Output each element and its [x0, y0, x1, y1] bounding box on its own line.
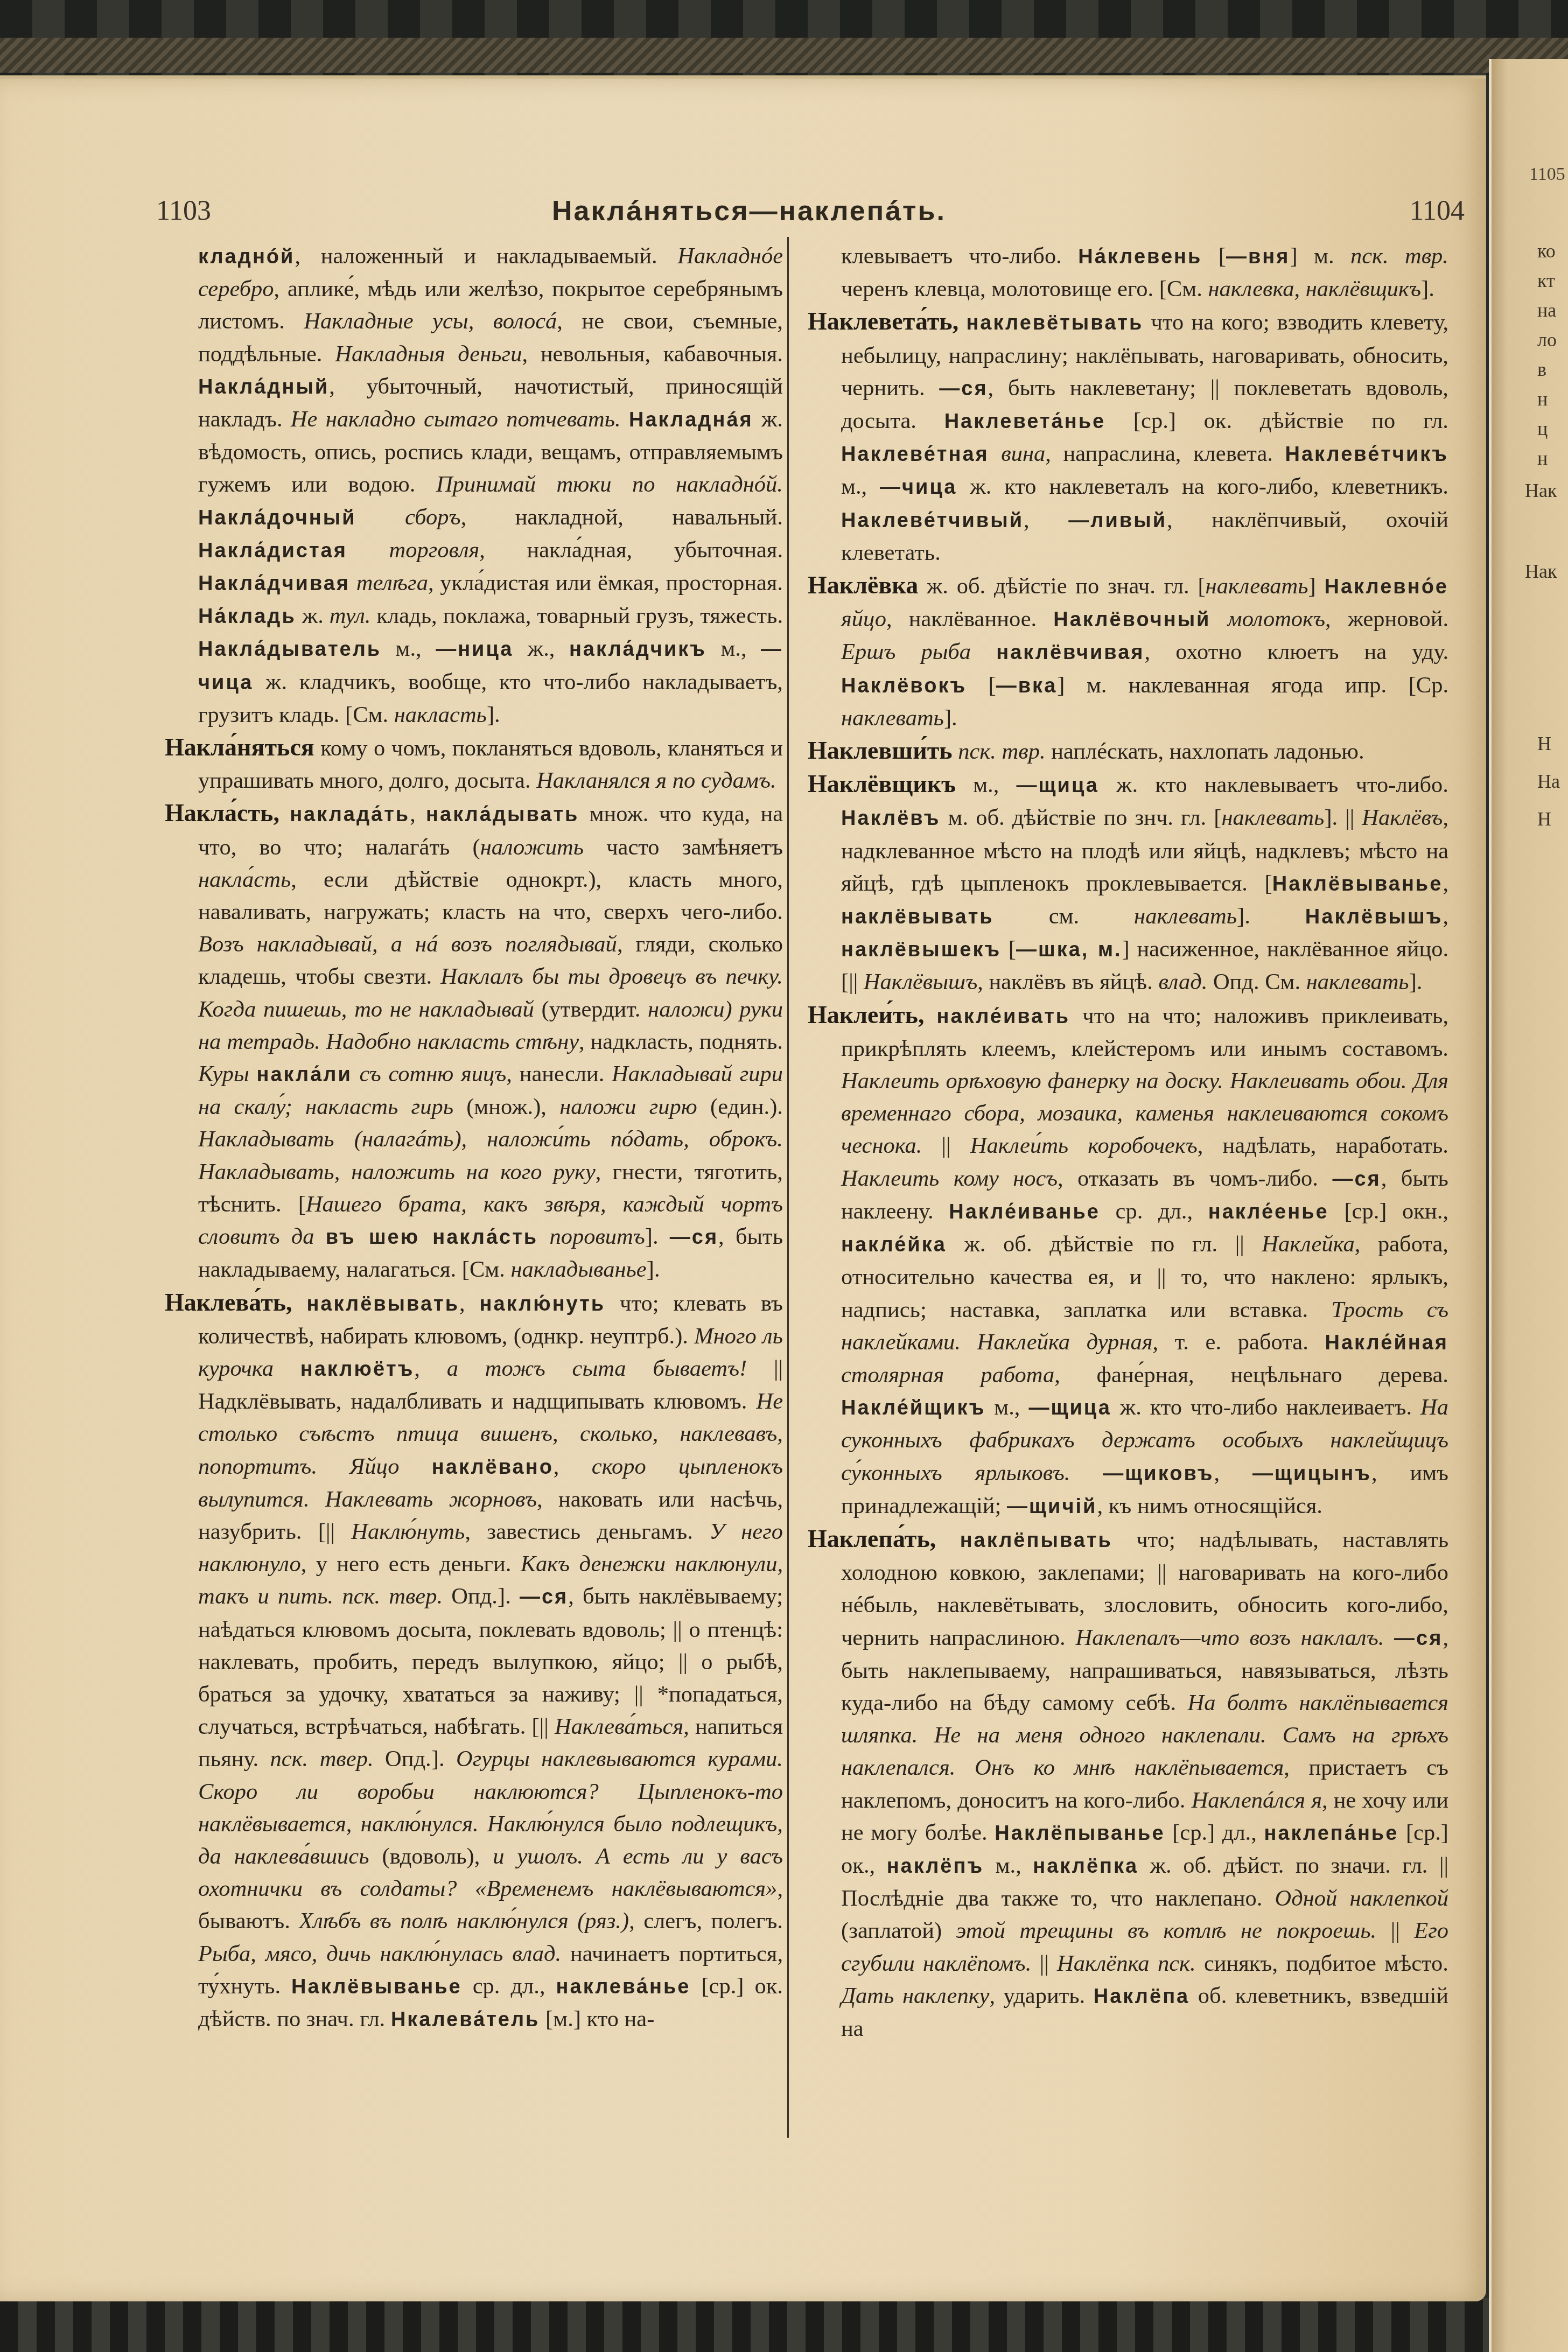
entry-text: , слегъ, полегъ.: [629, 1908, 783, 1934]
entry-text: м.,: [956, 772, 1017, 797]
bold-term: кладнóй: [198, 246, 295, 268]
dictionary-entry: Накла́сть, наклада́ть, накла́дывать множ…: [165, 797, 783, 1286]
entry-text: [м.] кто на-: [540, 2006, 654, 2032]
italic-example: Рыба, мясо, дичь наклю́нулась: [198, 1941, 503, 1966]
entry-text: ].: [487, 702, 500, 727]
entry-text: , нанесли.: [506, 1061, 612, 1087]
bold-term: Наклевета́нье: [944, 410, 1106, 433]
entry-text: ||: [1376, 1918, 1414, 1943]
entry-text: ж.: [296, 603, 330, 628]
bold-term: наклюётъ: [300, 1358, 415, 1381]
entry-text: ср. дл.,: [1100, 1199, 1208, 1224]
bold-term: наклёвышекъ: [841, 939, 1001, 961]
italic-example: наклевать: [1306, 969, 1409, 995]
entry-text: ] м. наклеванная ягода ипр. [Ср.: [1057, 673, 1448, 698]
italic-example: Наклейка: [1262, 1231, 1354, 1257]
bold-term: —щичій: [1007, 1495, 1097, 1518]
italic-example: пск. твер.: [270, 1746, 374, 1772]
entry-text: ж. кто что-либо наклеиваетъ.: [1111, 1395, 1420, 1420]
entry-text: [292, 1291, 307, 1316]
entry-text: ].: [1237, 904, 1305, 929]
bold-term: наклева́нье: [556, 1976, 691, 1998]
entry-text: [: [1202, 243, 1226, 269]
bold-term: Накле́йщикъ: [841, 1397, 985, 1419]
entry-text: [924, 1003, 936, 1028]
italic-example: пск. твр.: [958, 739, 1045, 764]
italic-example: съ сотню яицъ: [359, 1061, 506, 1087]
entry-text: [352, 1061, 360, 1087]
bold-term: Накла́дыватель: [198, 638, 381, 661]
dictionary-entry: кладнóй, наложенный и накладываемый. Нак…: [165, 240, 783, 731]
column-rule: [787, 237, 789, 2138]
entry-text: , жерновой.: [1325, 606, 1448, 632]
italic-example: Наклю́нуть: [351, 1519, 465, 1544]
bold-term: —щиковъ: [1103, 1462, 1214, 1485]
entry-text: ,: [554, 1454, 592, 1479]
entry-text: ,: [410, 801, 426, 827]
entry-text: ,: [459, 1291, 479, 1316]
italic-example: влад.: [1158, 969, 1207, 995]
bold-term: въ шею накла́сть: [326, 1226, 538, 1249]
entry-text: (утвердит.: [534, 997, 648, 1022]
next-page-fragment: н: [1537, 447, 1548, 470]
entry-headword: Накла́сть,: [165, 799, 279, 827]
entry-text: ]: [1308, 573, 1325, 599]
entry-text: , надкласть, поднять.: [579, 1029, 783, 1054]
entry-headword: Наклепа́ть,: [808, 1525, 936, 1552]
italic-example: Наклёпка: [1057, 1951, 1149, 1976]
entry-text: ].: [647, 1257, 660, 1282]
entry-text: [279, 801, 290, 827]
bold-term: Наклёвышъ: [1305, 906, 1443, 928]
bold-term: накла́ли: [256, 1063, 352, 1086]
dictionary-entry: Наклевета́ть, наклевётывать что на кого;…: [808, 305, 1448, 569]
bold-term: —ся: [670, 1226, 718, 1249]
entry-text: ].: [645, 1224, 670, 1249]
entry-text: , накла́дная, убыточная.: [479, 537, 783, 563]
bold-term: Накла́дистая: [198, 540, 347, 562]
bold-term: наклёпка: [1033, 1855, 1138, 1878]
entry-text: , т. е. работа.: [1152, 1329, 1325, 1355]
entry-text: [538, 1224, 549, 1249]
bold-term: Наклеве́тчивый: [841, 509, 1024, 532]
entry-text: , отказать въ чомъ-либо.: [1058, 1166, 1332, 1191]
italic-example: накла́сть: [198, 867, 291, 892]
entry-text: , завестись деньгамъ.: [465, 1519, 709, 1544]
italic-example: Накладныя деньги: [335, 341, 522, 367]
italic-example: наклевка, наклёвщикъ: [1208, 276, 1421, 302]
bold-term: накле́ивать: [937, 1005, 1070, 1028]
italic-example: телѣга: [356, 570, 428, 596]
bold-term: наклёвывать: [306, 1293, 459, 1315]
bold-term: накле́енье: [1208, 1201, 1329, 1223]
entry-text: [1210, 606, 1227, 632]
entry-text: синякъ, подбитое мѣсто.: [1196, 1951, 1448, 1976]
bold-term: наклевётывать: [966, 312, 1143, 334]
entry-text: [314, 1224, 326, 1249]
entry-text: [: [967, 673, 996, 698]
bold-term: Наклевно́е: [1325, 576, 1449, 598]
italic-example: наклевать: [841, 705, 944, 731]
next-page-fragment: Нак: [1525, 479, 1557, 502]
entry-text: [1384, 1625, 1394, 1650]
bold-term: Накле́йная: [1325, 1332, 1448, 1354]
italic-example: пск. твер.: [342, 1584, 443, 1609]
bold-term: наклепа́нье: [1264, 1822, 1398, 1845]
italic-example: Не накладно сытаго потчевать.: [291, 407, 621, 432]
entry-text: [249, 1061, 257, 1087]
italic-example: Накладные усы, волосá: [304, 309, 557, 334]
next-page-fragment: Н: [1537, 808, 1551, 830]
bold-term: наклю́нуть: [480, 1293, 606, 1315]
running-head: 1103 Наклáняться—наклепáть. 1104: [0, 195, 1486, 238]
italic-example: Куры: [198, 1061, 249, 1087]
bold-term: —ся: [520, 1586, 568, 1608]
bold-term: —щица: [1028, 1397, 1111, 1419]
entry-text: , невольныя, кабавочныя.: [522, 341, 783, 367]
entry-text: , надѣлать, наработать.: [1198, 1133, 1448, 1158]
entry-text: м.,: [706, 636, 761, 661]
italic-example: Наклева́ться: [555, 1714, 683, 1739]
entry-text: ,: [1024, 507, 1068, 533]
entry-text: м. об. дѣйствіе по знч. гл. [: [940, 805, 1221, 830]
next-page-fragment: в: [1537, 358, 1546, 381]
next-page-fragment: на: [1537, 299, 1556, 321]
entry-headword: Накла́няться: [165, 733, 314, 761]
next-page-fragment: кт: [1537, 269, 1555, 292]
bold-term: Накла́дчивая: [198, 572, 350, 595]
bold-term: —ливый: [1068, 509, 1167, 532]
italic-example: влад.: [512, 1941, 561, 1966]
entry-headword: Наклёвщикъ: [808, 770, 956, 797]
bold-term: накла́дывать: [426, 803, 579, 826]
bold-term: —ница: [436, 638, 513, 661]
bold-term: —вня: [1226, 246, 1290, 268]
bold-term: Наклеве́тчикъ: [1285, 443, 1448, 466]
italic-example: наложить: [480, 835, 584, 860]
entry-text: [333, 1584, 342, 1609]
entry-text: [503, 1941, 512, 1966]
entry-text: ,: [1443, 904, 1448, 929]
entry-text: ,: [414, 1356, 446, 1381]
bold-term: Наклеве́тная: [841, 443, 989, 466]
entry-text: клевываетъ что-либо.: [841, 243, 1078, 269]
italic-example: столярная работа: [841, 1362, 1054, 1388]
entry-text: , напраслина, клевета.: [1045, 441, 1285, 466]
entry-text: м.,: [984, 1853, 1033, 1878]
bold-term: Накла́дный: [198, 376, 329, 398]
entry-text: ].: [944, 705, 957, 731]
bold-term: Накле́иванье: [949, 1201, 1100, 1223]
italic-example: Хлѣбъ въ полѣ наклю́нулся (ряз.): [299, 1908, 629, 1934]
bold-term: наклёпывать: [960, 1529, 1112, 1552]
entry-text: [347, 537, 389, 563]
entry-headword: Наклёвка: [808, 571, 918, 599]
entry-text: , наклёванное.: [886, 606, 1053, 632]
entry-text: , охотно клюетъ на уду.: [1145, 639, 1448, 664]
entry-text: м.,: [841, 474, 880, 499]
next-page-fragment: н: [1537, 388, 1548, 410]
next-page-fragment: Нак: [1525, 560, 1557, 583]
italic-example: Наклёвышъ: [864, 969, 977, 995]
bold-term: Наклёпыванье: [995, 1822, 1165, 1845]
italic-example: сборъ: [405, 505, 461, 530]
entry-text: [936, 1527, 960, 1552]
entry-text: [ср.] ок. дѣйствіе по гл.: [1105, 408, 1448, 433]
next-page-fragment: ло: [1537, 328, 1557, 351]
bold-term: Наклёвыванье: [1272, 873, 1443, 895]
dictionary-entry: Наклёвка ж. об. дѣйстіе по знач. гл. [на…: [808, 569, 1448, 734]
entry-text: [958, 310, 966, 335]
entry-text: ||: [1031, 1951, 1057, 1976]
italic-example: Наклепалъ—что возъ наклалъ.: [1075, 1625, 1384, 1650]
italic-example: Ершъ рыба: [841, 639, 971, 664]
italic-example: Возъ накладывай, а нá возъ поглядывай: [198, 932, 617, 957]
bold-term: —ся: [939, 377, 988, 400]
bold-term: —щица: [1017, 774, 1099, 797]
entry-text: [953, 739, 958, 764]
entry-text: Опд.].: [374, 1746, 456, 1772]
italic-example: наклевать: [1134, 904, 1237, 929]
italic-example: Одной наклепкой: [1275, 1886, 1448, 1911]
entry-text: ж. об. дѣйствіе по гл. ||: [947, 1231, 1262, 1257]
italic-example: вина: [1001, 441, 1045, 466]
italic-example: наложи гирю: [559, 1094, 697, 1119]
italic-example: молотокъ: [1228, 606, 1326, 632]
next-page-fragment: Н: [1537, 732, 1551, 755]
entry-text: [350, 570, 356, 596]
entry-text: [ср.] окн.,: [1329, 1199, 1448, 1224]
bold-term: Нкалева́тель: [391, 2008, 540, 2031]
italic-example: Дать наклепку: [841, 1983, 989, 2008]
entry-text: часто замѣняетъ: [584, 835, 783, 860]
entry-text: [ср.] дл.,: [1165, 1820, 1264, 1845]
italic-example: тул.: [330, 603, 371, 628]
dictionary-entry: Наклеи́ть, накле́ивать что на что; налож…: [808, 999, 1448, 1523]
entry-text: , къ нимъ относящійся.: [1097, 1493, 1322, 1518]
italic-example: накладыванье: [510, 1257, 646, 1282]
entry-text: (един.).: [697, 1094, 783, 1119]
bold-term: —вка: [996, 675, 1058, 697]
italic-example: Наклеить кому носъ: [841, 1166, 1058, 1191]
bold-term: накла́дчикъ: [569, 638, 706, 661]
entry-text: [1149, 1951, 1157, 1976]
bold-term: наклёвывать: [841, 906, 994, 928]
entry-text: черенъ клевца, молотовище его. [См.: [841, 276, 1208, 302]
entry-text: ,: [1214, 1460, 1252, 1486]
dictionary-entry: Наклепа́ть, наклёпывать что; надѣлывать,…: [808, 1523, 1448, 2045]
bold-term: Накла́дочный: [198, 507, 356, 529]
left-page-number: 1103: [156, 195, 211, 227]
next-page-strip: 1105 коктналовнцнНакНакННаН: [1489, 59, 1568, 2352]
entry-text: [971, 639, 996, 664]
bold-term: Накладнáя: [629, 409, 753, 431]
next-page-fragment: ц: [1537, 417, 1548, 440]
entry-text: [621, 407, 629, 432]
bold-term: —шка, м.: [1016, 939, 1122, 961]
italic-example: пск. твр.: [1350, 243, 1448, 269]
right-column: клевываетъ что-либо. На́клевень [—вня] м…: [808, 240, 1448, 2045]
bold-term: накле́йка: [841, 1234, 947, 1256]
entry-text: см.: [994, 904, 1134, 929]
dictionary-entry: Наклевши́ть пск. твр. наплéскать, нахлоп…: [808, 734, 1448, 768]
running-title: Наклáняться—наклепáть.: [552, 195, 946, 227]
right-page-number: 1104: [1410, 195, 1465, 227]
entry-text: ].: [1421, 276, 1434, 302]
entry-text: [356, 505, 405, 530]
entry-text: , ударить.: [989, 1983, 1093, 2008]
italic-example: этой трещины въ котлѣ не покроешь.: [956, 1918, 1377, 1943]
entry-text: [274, 1356, 300, 1381]
bold-term: —ся: [1332, 1168, 1381, 1191]
bold-term: На́клевень: [1078, 246, 1202, 268]
entry-text: [400, 1454, 432, 1479]
entry-text: [989, 441, 1002, 466]
entry-text: , фане́рная, нецѣльнаго дерева.: [1054, 1362, 1448, 1388]
scan-backdrop-bottom: [0, 2298, 1568, 2352]
dictionary-entry: Накла́няться кому о чомъ, покланяться вд…: [165, 731, 783, 797]
dictionary-entry: Наклёвщикъ м., —щица ж. кто наклевываетъ…: [808, 768, 1448, 998]
entry-text: , накладной, навальный.: [461, 505, 783, 530]
entry-text: (заплатой): [841, 1918, 956, 1943]
entry-headword: Наклевши́ть: [808, 737, 953, 764]
entry-text: , наложенный и накладываемый.: [295, 243, 677, 269]
entry-text: ж. кто наклевываетъ что-либо.: [1099, 772, 1448, 797]
bold-term: —ся: [1394, 1627, 1443, 1650]
bold-term: На́кладь: [198, 605, 296, 628]
entry-text: ж. кто наклеветалъ на кого-либо, клеветн…: [957, 474, 1448, 499]
left-column: кладнóй, наложенный и накладываемый. Нак…: [165, 240, 783, 2036]
entry-text: наплéскать, нахлопать ладонью.: [1046, 739, 1364, 764]
italic-example: Наклепáлся я: [1192, 1788, 1322, 1813]
entry-text: ||: [922, 1133, 970, 1158]
italic-example: пск.: [1158, 1951, 1196, 1976]
bold-term: наклёвчивая: [996, 641, 1144, 664]
entry-text: (множ.),: [453, 1094, 559, 1119]
bold-term: Наклёвъ: [841, 807, 940, 830]
bold-term: наклада́ть: [290, 803, 410, 826]
entry-text: кладь, поклажа, товарный грузъ, тяжесть.: [370, 603, 783, 628]
next-page-fragment: ко: [1537, 240, 1556, 262]
italic-example: Принимай тюки по накладнóй.: [436, 472, 783, 497]
bold-term: Наклёвочный: [1053, 608, 1210, 631]
dictionary-entry: Наклева́ть, наклёвывать, наклю́нуть что;…: [165, 1286, 783, 2036]
next-page-folio: 1105: [1529, 164, 1565, 185]
entry-text: м.,: [381, 636, 436, 661]
italic-example: торговля: [389, 537, 479, 563]
italic-example: Наклеи́ть коробочекъ: [970, 1133, 1198, 1158]
entry-text: , у него есть деньги.: [301, 1551, 521, 1577]
bold-term: —щицынъ: [1252, 1462, 1371, 1485]
entry-headword: Наклеи́ть,: [808, 1001, 924, 1028]
italic-example: наклевать: [1221, 805, 1324, 830]
entry-text: [1070, 1460, 1103, 1486]
bold-term: наклёпъ: [887, 1855, 984, 1878]
bold-term: Наклёвыванье: [291, 1976, 462, 1998]
next-page-fragment: На: [1537, 770, 1560, 793]
italic-example: а тожъ сыта бываетъ!: [447, 1356, 747, 1381]
italic-example: яйцо: [841, 606, 886, 632]
bold-term: наклёвано: [432, 1456, 554, 1479]
entry-text: , наклёвъ въ яйцѣ.: [977, 969, 1158, 995]
italic-example: поровитъ: [549, 1224, 645, 1249]
entry-text: ].: [1409, 969, 1423, 995]
entry-text: м.,: [985, 1395, 1028, 1420]
italic-example: накласть: [394, 702, 487, 727]
entry-text: [: [1001, 936, 1016, 962]
entry-headword: Наклева́ть,: [165, 1289, 292, 1316]
entry-text: ,: [1443, 871, 1448, 896]
entry-headword: Наклевета́ть,: [808, 307, 958, 335]
entry-text: ]. ||: [1324, 805, 1362, 830]
entry-text: Опд.].: [443, 1584, 520, 1609]
entry-text: Опд. См.: [1207, 969, 1306, 995]
italic-example: Накланялся я по судамъ.: [536, 768, 776, 793]
entry-text: ж.,: [513, 636, 569, 661]
bold-term: Наклёпа: [1094, 1985, 1189, 2008]
bold-term: —чица: [880, 476, 957, 499]
entry-text: , укла́дистая или ёмкая, просторная.: [428, 570, 783, 596]
entry-text: (вдоволь),: [369, 1844, 493, 1869]
bold-term: Наклёвокъ: [841, 675, 967, 697]
italic-example: наклевать: [1206, 573, 1308, 599]
entry-text: ] м.: [1290, 243, 1350, 269]
dictionary-entry: клевываетъ что-либо. На́клевень [—вня] м…: [808, 240, 1448, 305]
scan-backdrop-band: [0, 38, 1568, 73]
entry-text: ж. об. дѣйстіе по знач. гл. [: [918, 573, 1205, 599]
italic-example: Наклёвъ: [1362, 805, 1443, 830]
entry-text: ср. дл.,: [462, 1973, 556, 1999]
